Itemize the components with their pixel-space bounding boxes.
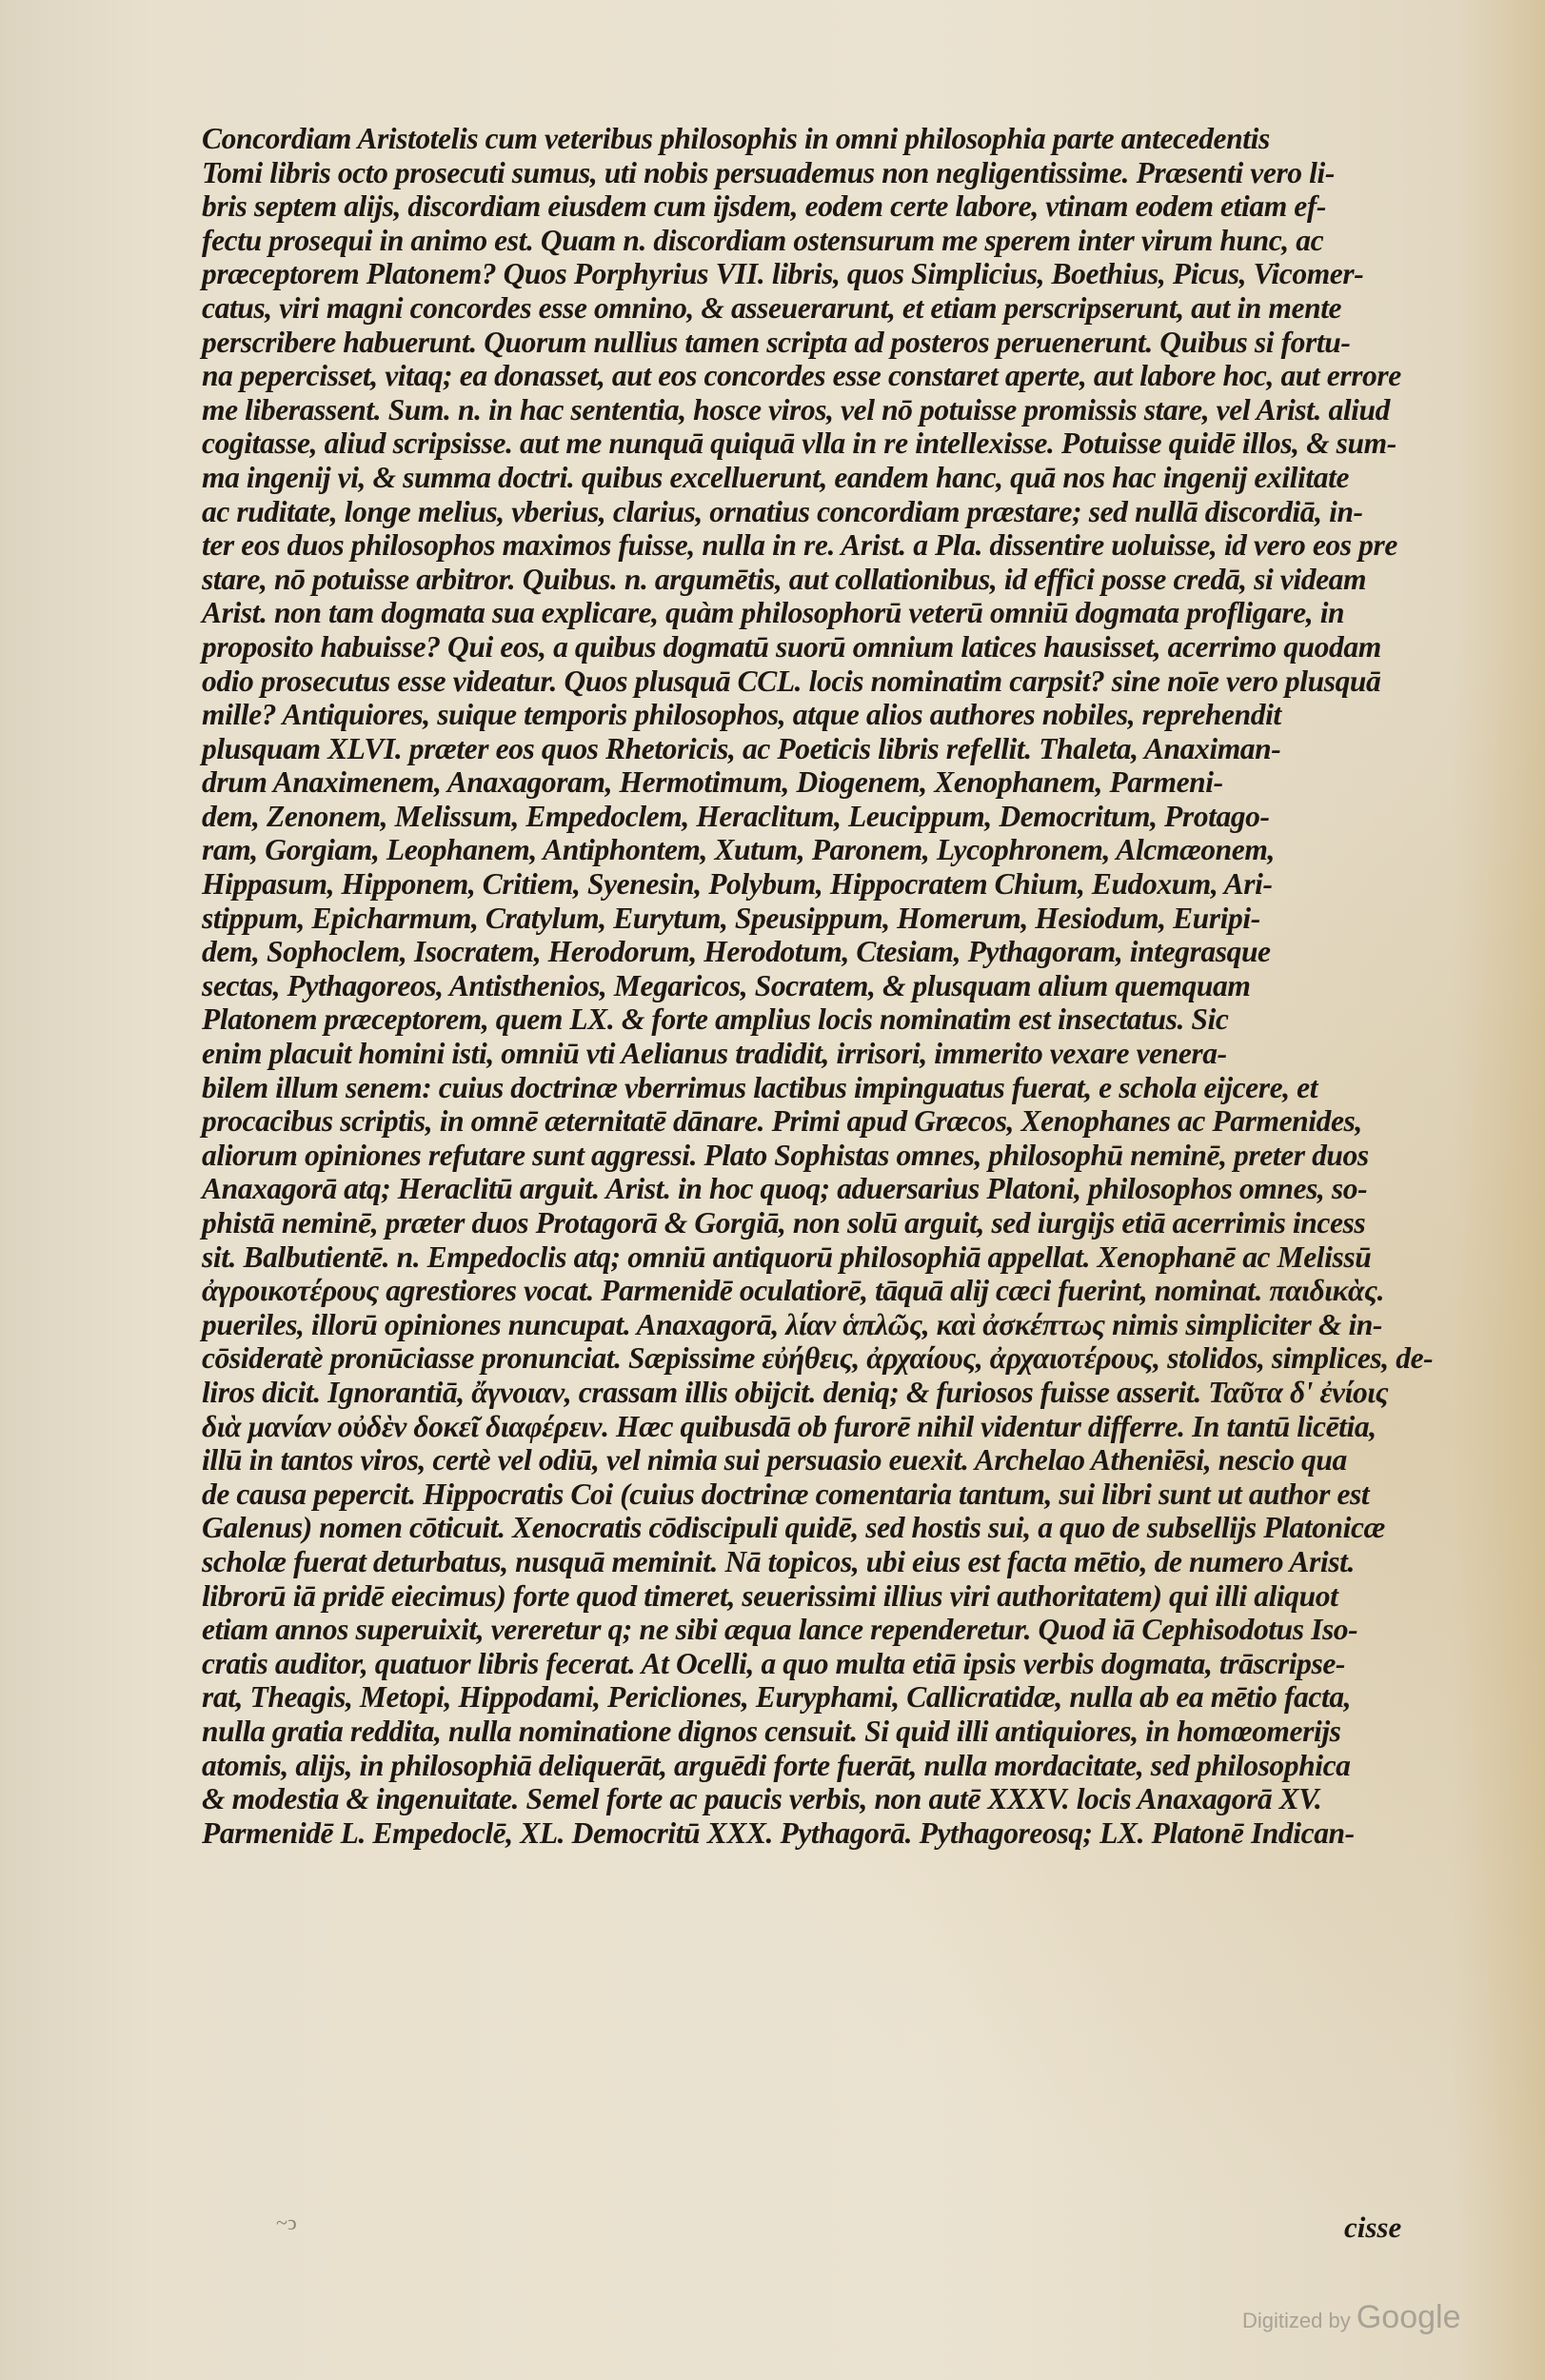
text-line: mille? Antiquiores, suique temporis phil… [202,698,1439,732]
watermark-prefix: Digitized by [1242,2309,1351,2332]
text-line: ram, Gorgiam, Leophanem, Antiphontem, Xu… [202,833,1439,867]
text-line: fectu prosequi in animo est. Quam n. dis… [202,224,1439,258]
text-line: ma ingenij vi, & summa doctri. quibus ex… [202,461,1439,495]
text-line: Tomi libris octo prosecuti sumus, uti no… [202,156,1439,190]
text-line: liros dicit. Ignorantiā, ἄγνοιαν, crassa… [202,1376,1439,1410]
body-text: Concordiam Aristotelis cum veteribus phi… [202,122,1439,1850]
watermark-brand: Google [1357,2299,1461,2335]
text-line: cogitasse, aliud scripsisse. aut me nunq… [202,426,1439,461]
footer-mark: ~ͻ [276,2211,297,2235]
scanned-page: Concordiam Aristotelis cum veteribus phi… [0,0,1545,2380]
text-line: de causa pepercit. Hippocratis Coi (cuiu… [202,1478,1439,1512]
text-line: librorū iā pridē eiecimus) forte quod ti… [202,1579,1439,1614]
text-line: & modestia & ingenuitate. Semel forte ac… [202,1782,1439,1816]
text-line: stippum, Epicharmum, Cratylum, Eurytum, … [202,902,1439,936]
text-line: Parmenidē L. Empedoclē, XL. Democritū XX… [202,1816,1439,1851]
text-line: Arist. non tam dogmata sua explicare, qu… [202,596,1439,630]
text-line: sectas, Pythagoreos, Antisthenios, Megar… [202,969,1439,1003]
text-line: enim placuit homini isti, omniū vti Aeli… [202,1037,1439,1071]
text-line: διὰ μανίαν οὐδὲν δοκεῖ διαφέρειν. Hæc qu… [202,1410,1439,1444]
digitized-watermark: Digitized by Google [1242,2299,1460,2336]
text-line: præceptorem Platonem? Quos Porphyrius VI… [202,257,1439,291]
text-line: procacibus scriptis, in omnē æternitatē … [202,1104,1439,1139]
text-line: Concordiam Aristotelis cum veteribus phi… [202,122,1439,156]
text-line: Hippasum, Hipponem, Critiem, Syenesin, P… [202,867,1439,902]
text-line: illū in tantos viros, certè vel odiū, ve… [202,1443,1439,1478]
text-line: rat, Theagis, Metopi, Hippodami, Pericli… [202,1680,1439,1715]
text-line: na pepercisset, vitaq; ea donasset, aut … [202,359,1439,393]
text-line: scholæ fuerat deturbatus, nusquā meminit… [202,1545,1439,1579]
catchword: cisse [1344,2211,1401,2245]
text-line: ter eos duos philosophos maximos fuisse,… [202,528,1439,563]
text-line: nulla gratia reddita, nulla nominatione … [202,1715,1439,1749]
text-line: proposito habuisse? Qui eos, a quibus do… [202,630,1439,664]
text-line: plusquam XLVI. præter eos quos Rhetorici… [202,732,1439,766]
text-line: atomis, alijs, in philosophiā deliquerāt… [202,1749,1439,1783]
text-line: sit. Balbutientē. n. Empedoclis atq; omn… [202,1240,1439,1275]
text-line: catus, viri magni concordes esse omnino,… [202,291,1439,326]
text-line: Galenus) nomen cōticuit. Xenocratis cōdi… [202,1511,1439,1545]
text-line: etiam annos superuixit, vereretur q; ne … [202,1613,1439,1647]
text-line: cratis auditor, quatuor libris fecerat. … [202,1647,1439,1681]
text-line: bilem illum senem: cuius doctrinæ vberri… [202,1071,1439,1105]
text-line: ac ruditate, longe melius, vberius, clar… [202,495,1439,529]
text-line: stare, nō potuisse arbitror. Quibus. n. … [202,563,1439,597]
text-line: phistā neminē, præter duos Protagorā & G… [202,1206,1439,1240]
text-line: bris septem alijs, discordiam eiusdem cu… [202,189,1439,224]
text-line: me liberassent. Sum. n. in hac sententia… [202,393,1439,427]
text-line: dem, Sophoclem, Isocratem, Herodorum, He… [202,935,1439,969]
text-line: cōsideratè pronūciasse pronunciat. Sæpis… [202,1341,1439,1376]
text-line: Anaxagorā atq; Heraclitū arguit. Arist. … [202,1172,1439,1206]
text-line: pueriles, illorū opiniones nuncupat. Ana… [202,1308,1439,1342]
text-line: ἀγροικοτέρους agrestiores vocat. Parmeni… [202,1274,1439,1308]
text-line: dem, Zenonem, Melissum, Empedoclem, Hera… [202,800,1439,834]
text-line: Platonem præceptorem, quem LX. & forte a… [202,1002,1439,1037]
text-line: odio prosecutus esse videatur. Quos plus… [202,664,1439,699]
text-line: aliorum opiniones refutare sunt aggressi… [202,1139,1439,1173]
text-line: perscribere habuerunt. Quorum nullius ta… [202,326,1439,360]
text-line: drum Anaximenem, Anaxagoram, Hermotimum,… [202,765,1439,800]
